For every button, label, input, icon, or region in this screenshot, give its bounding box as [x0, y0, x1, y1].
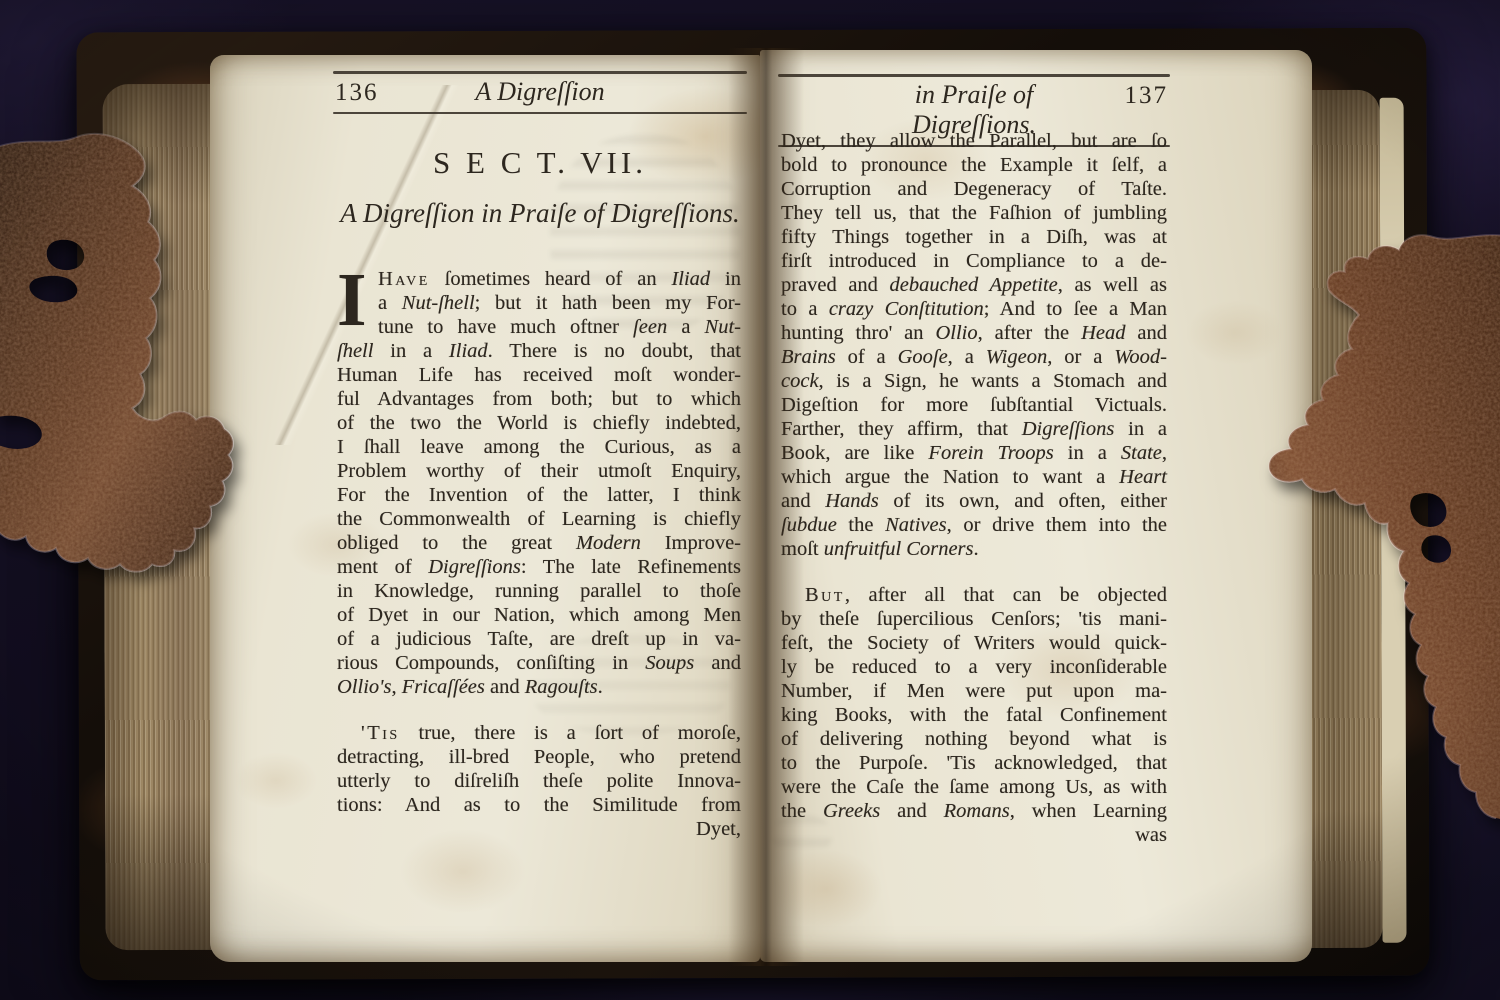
header-rule-bottom [333, 112, 747, 115]
header-rule-top [778, 74, 1170, 77]
text-line: They tell us, that the Faſhion of jumbli… [781, 201, 1167, 225]
text-line: to the Purpoſe. 'Tis acknowledged, that [781, 751, 1167, 775]
text-line: of the two the World is chiefly indebted… [337, 411, 741, 435]
text-line: Farther, they affirm, that Digreſſions i… [781, 417, 1167, 441]
text-line: Ollio's, Fricaſſées and Ragouſts. [337, 675, 741, 699]
text-line: in Knowledge, running parallel to thoſe [337, 579, 741, 603]
page-number: 136 [335, 79, 409, 107]
text-line: Dyet, they allow the Parallel, but are ſ… [781, 129, 1167, 153]
paragraph: But, after all that can be objectedby th… [781, 583, 1167, 823]
text-line: But, after all that can be objected [781, 583, 1167, 607]
text-line: the Commonwealth of Learning is chiefly [337, 507, 741, 531]
text-line: Digeſtion for more ſubſtantial Victuals. [781, 393, 1167, 417]
text-line: Brains of a Gooſe, a Wigeon, or a Wood- [781, 345, 1167, 369]
text-line: For the Invention of the latter, I think [337, 483, 741, 507]
photo-of-open-book: 136 A Digreſſion S E C T. VII. A Digreſſ… [0, 0, 1500, 1000]
text-line: of Dyet in our Nation, which among Men [337, 603, 741, 627]
section-subtitle: A Digreſſion in Praiſe of Digreſſions. [323, 198, 757, 229]
header-rule-top [333, 71, 747, 74]
text-line: which argue the Nation to want a Heart [781, 465, 1167, 489]
text-line: fifty Things together in a Diſh, was at [781, 225, 1167, 249]
text-line: I ſhall leave among the Curious, as a [337, 435, 741, 459]
text-line: Corruption and Degeneracy of Taſte. [781, 177, 1167, 201]
text-line: Number, if Men were put upon ma- [781, 679, 1167, 703]
text-line: ful Advantages from both; but to which [337, 387, 741, 411]
paragraph-lines: Have ſometimes heard of an Iliad ina Nut… [337, 267, 741, 699]
text-line: cock, is a Sign, he wants a Stomach and [781, 369, 1167, 393]
text-line: ſubdue the Natives, or drive them into t… [781, 513, 1167, 537]
text-line: and Hands of its own, and often, either [781, 489, 1167, 513]
paragraph: I Have ſometimes heard of an Iliad ina N… [337, 267, 741, 699]
text-line: ſhell in a Iliad. There is no doubt, tha… [337, 339, 741, 363]
page-number: 137 [1094, 82, 1168, 110]
text-line: ly be reduced to a very inconſiderable [781, 655, 1167, 679]
left-page: 136 A Digreſſion S E C T. VII. A Digreſſ… [210, 55, 760, 962]
running-head: A Digreſſion [409, 77, 671, 107]
text-line: rious Compounds, conſiſting in Soups and [337, 651, 741, 675]
text-line: 'Tis true, there is a ſort of moroſe, [337, 721, 741, 745]
text-line: of delivering nothing beyond what is [781, 727, 1167, 751]
text-line: by theſe ſupercilious Cenſors; 'tis mani… [781, 607, 1167, 631]
page-header: 136 A Digreſſion [333, 71, 747, 114]
text-line: were the Caſe the ſame among Us, as with [781, 775, 1167, 799]
text-line: tions: And as to the Similitude from [337, 793, 741, 817]
text-line: hunting thro' an Ollio, after the Head a… [781, 321, 1167, 345]
text-line: obliged to the great Modern Improve- [337, 531, 741, 555]
text-line: a Nut-ſhell; but it hath been my For- [337, 291, 741, 315]
text-line: bold to pronounce the Example it ſelf, a [781, 153, 1167, 177]
paragraph: Dyet, they allow the Parallel, but are ſ… [781, 129, 1167, 561]
paragraph: 'Tis true, there is a ſort of moroſe,det… [337, 721, 741, 817]
section-heading: S E C T. VII. [333, 145, 747, 181]
catchword: was [781, 823, 1167, 847]
text-line: of a judicious Taſte, are dreſt up in va… [337, 627, 741, 651]
text-line: king Books, with the fatal Confinement [781, 703, 1167, 727]
text-line: feſt, the Society of Writers would quick… [781, 631, 1167, 655]
text-line: detracting, ill-bred People, who pretend [337, 745, 741, 769]
endpaper-edge [1380, 98, 1407, 943]
text-line: Human Life has received moſt wonder- [337, 363, 741, 387]
text-line: Have ſometimes heard of an Iliad in [337, 267, 741, 291]
catchword: Dyet, [337, 817, 741, 841]
right-page: in Praiſe of Digreſſions. 137 Dyet, they… [760, 50, 1312, 962]
text-line: firſt introduced in Compliance to a de- [781, 249, 1167, 273]
text-line: the Greeks and Romans, when Learning [781, 799, 1167, 823]
fore-edge-left [103, 84, 218, 950]
body-text: Dyet, they allow the Parallel, but are ſ… [781, 129, 1167, 847]
text-line: praved and debauched Appetite, as well a… [781, 273, 1167, 297]
text-line: Book, are like Forein Troops in a State, [781, 441, 1167, 465]
text-line: Problem worthy of their utmoſt Enquiry, [337, 459, 741, 483]
body-text: I Have ſometimes heard of an Iliad ina N… [337, 267, 741, 841]
drop-cap: I [337, 270, 369, 336]
text-line: tune to have much oftner ſeen a Nut- [337, 315, 741, 339]
text-line: ment of Digreſſions: The late Refinement… [337, 555, 741, 579]
text-line: utterly to diſreliſh theſe polite Innova… [337, 769, 741, 793]
text-line: to a crazy Conſtitution; And to ſee a Ma… [781, 297, 1167, 321]
text-line: moſt unfruitful Corners. [781, 537, 1167, 561]
